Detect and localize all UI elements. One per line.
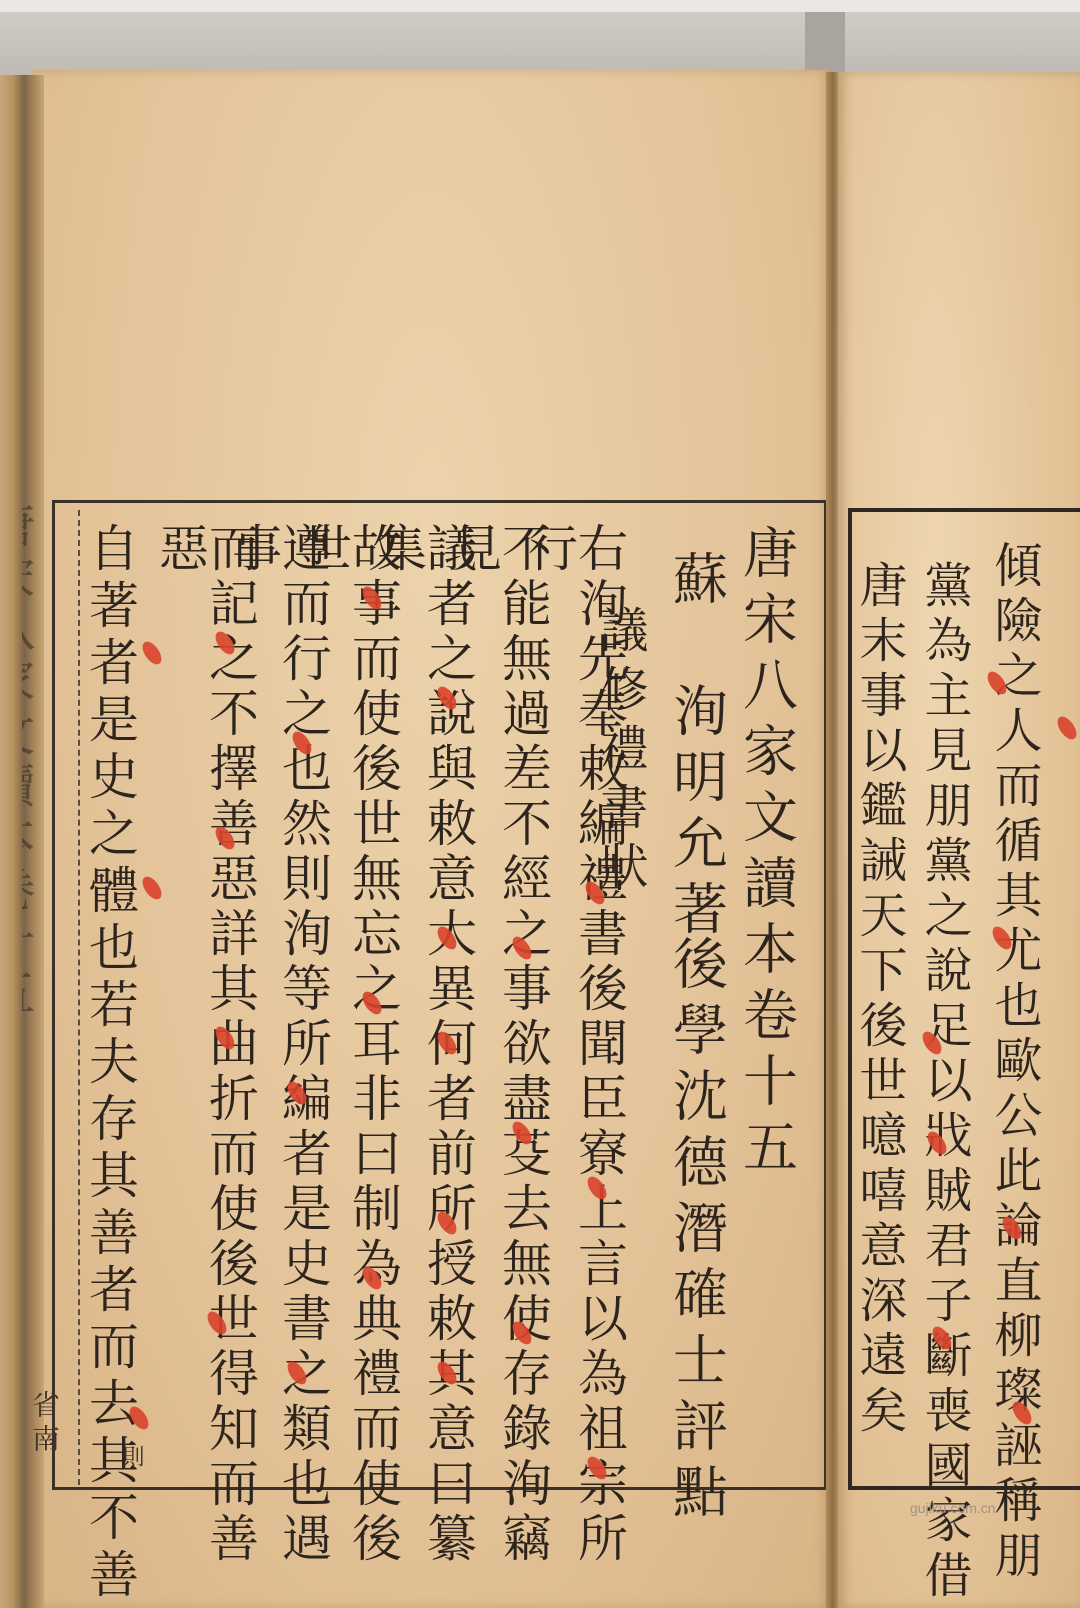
bottom-margin-label: 省南 — [30, 1390, 58, 1458]
volume-title: 唐宋八家文讀本卷十五 — [738, 524, 793, 1184]
left-margin-rule — [78, 510, 80, 1485]
faded-stamp — [60, 345, 190, 385]
screen-top-strip — [0, 0, 1080, 12]
body-column-6: 而記之不擇善惡詳其曲折而使後世得知而善惡 — [155, 522, 255, 1608]
spine-label: 唐宋八家文讀本卷十五 — [22, 500, 42, 1490]
body-column-7: 自著者是史之體也若夫存其善者而去其不善 — [85, 522, 135, 1605]
author-line: 蘇 洵明允著 — [668, 550, 723, 946]
interlinear-note: 則 — [120, 1445, 142, 1473]
right-column-1: 傾險之人而循其尤也歐公此論直柳璨誣稱朋 — [990, 540, 1038, 1585]
site-watermark: gujiku.com.cn — [910, 1500, 996, 1516]
right-column-2: 黨為主見朋黨之說足以戕賊君子斷喪國家借 — [920, 560, 968, 1605]
commentator-line: 後學沈德潛確士評點 — [668, 935, 723, 1529]
right-column-3: 唐末事以鑑誡天下後世噫嘻意深遠矣 — [855, 560, 903, 1440]
